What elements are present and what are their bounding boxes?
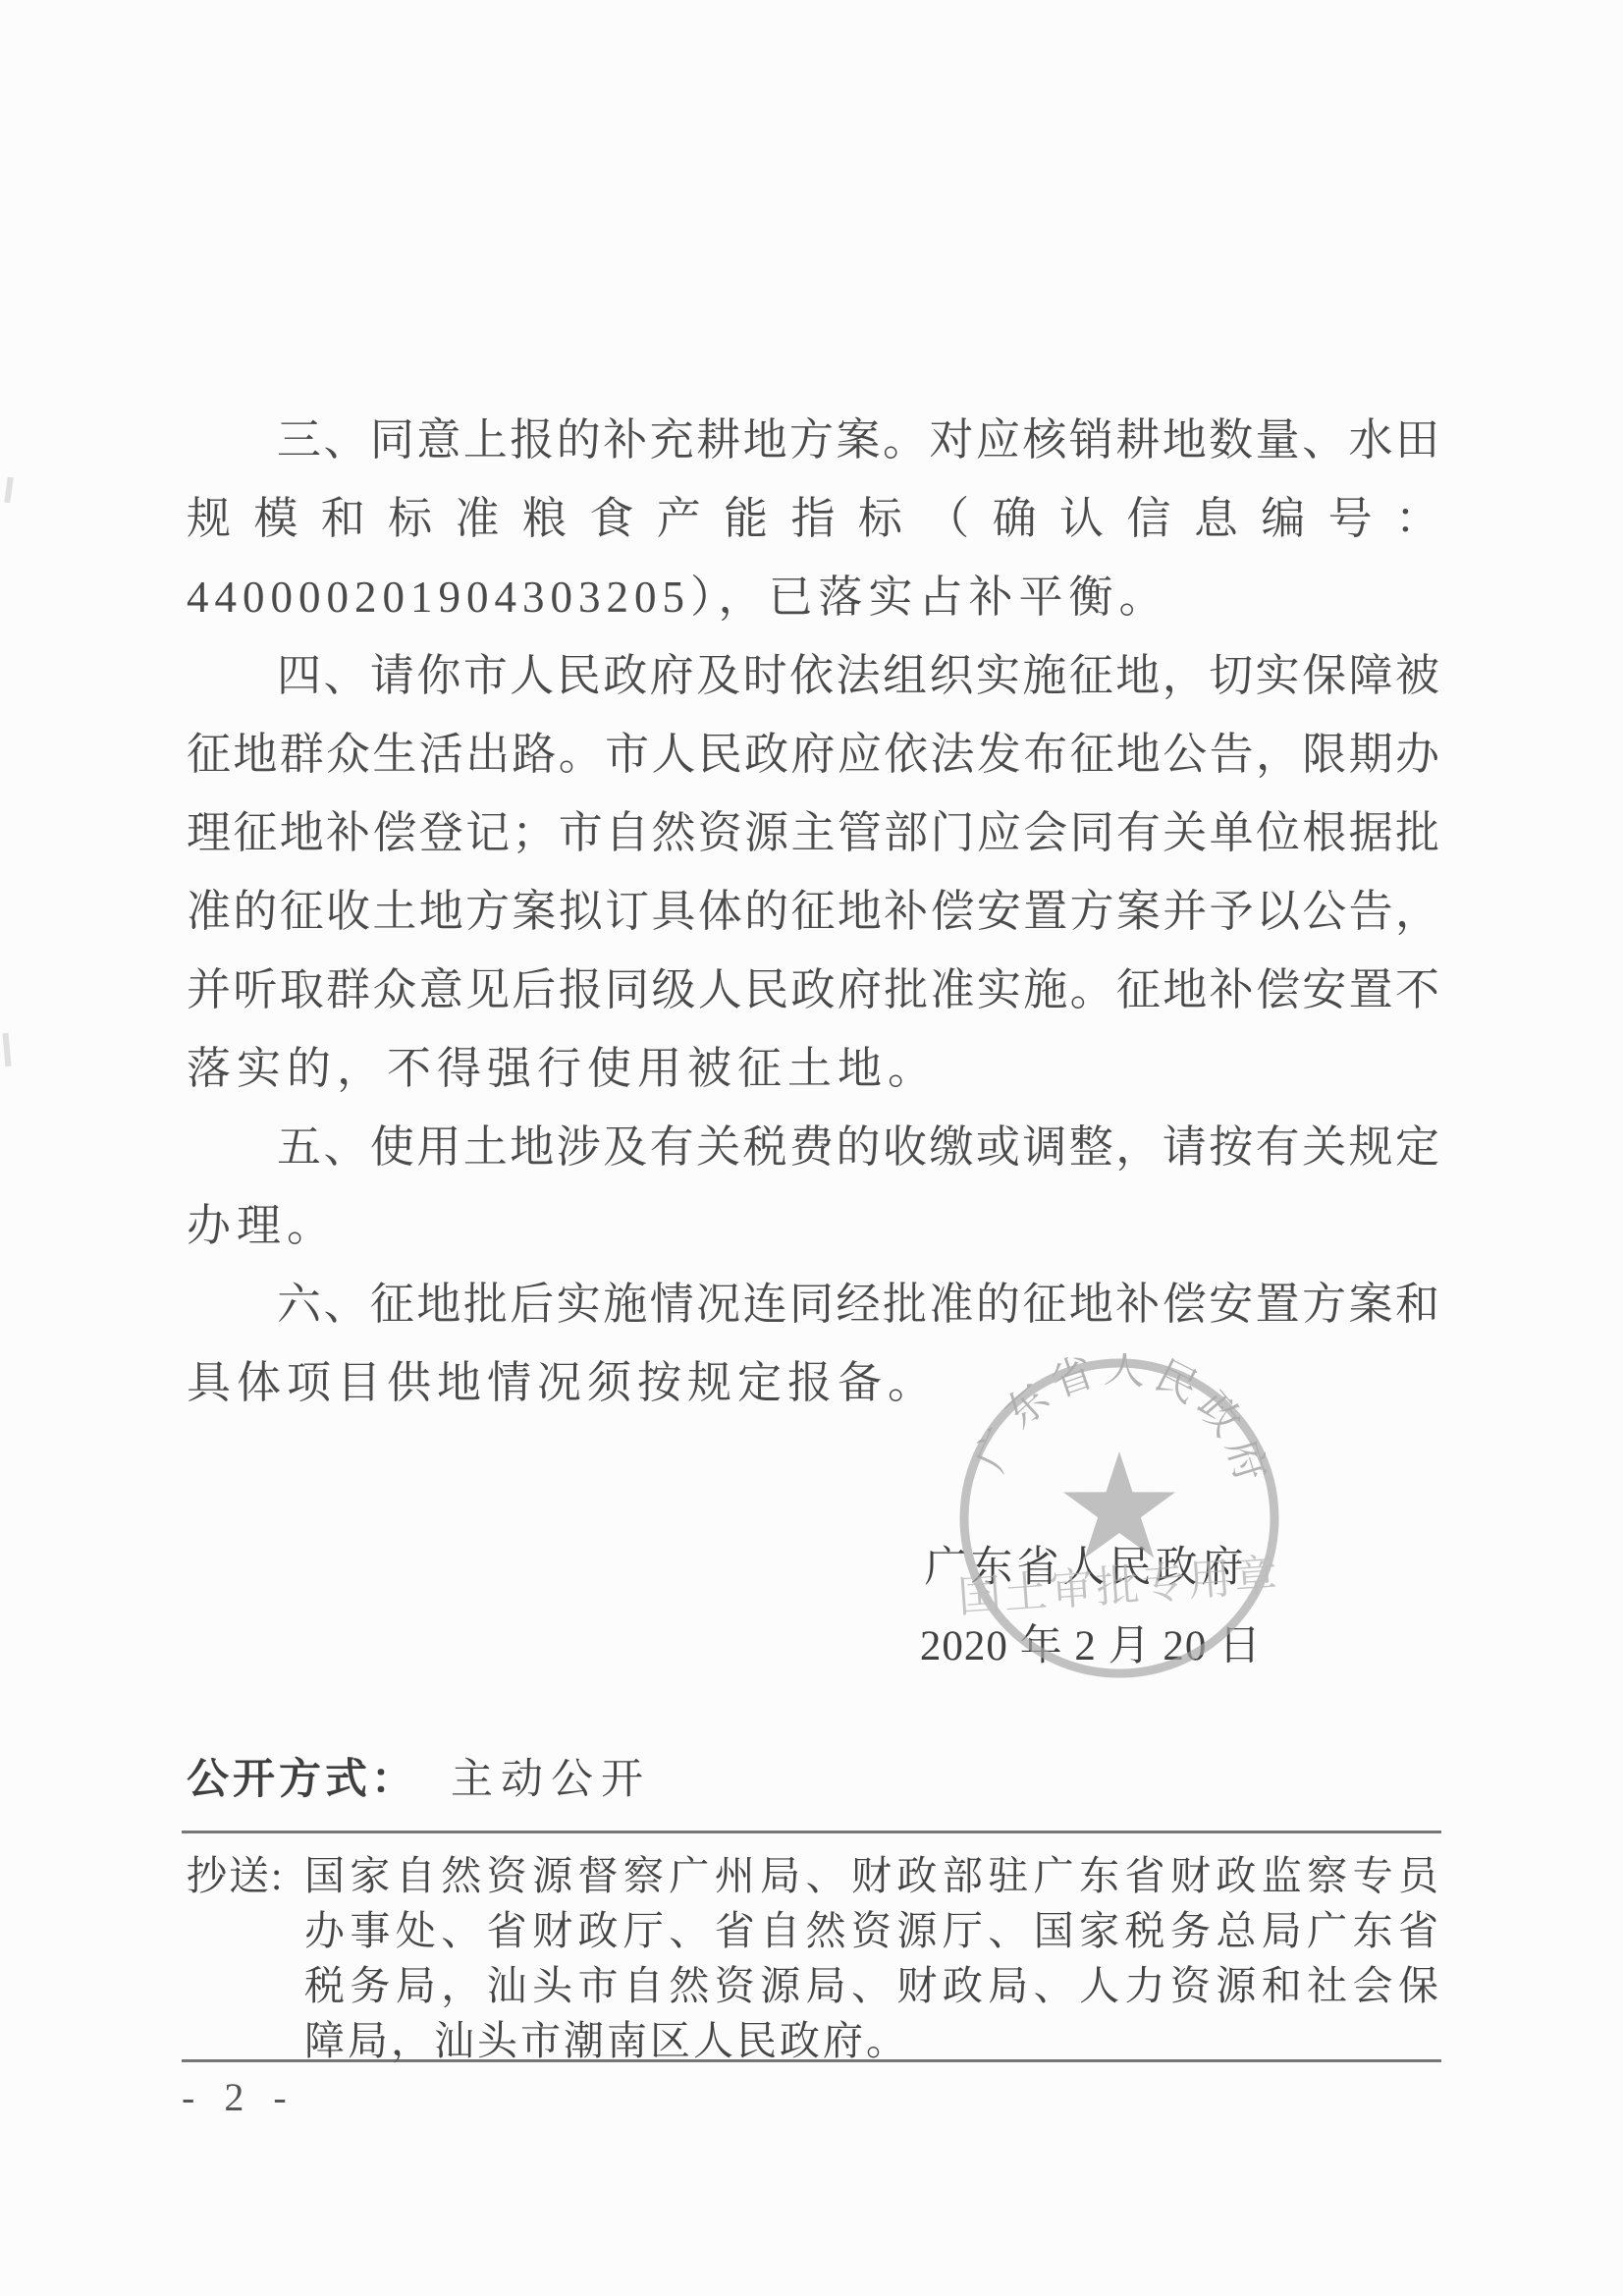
cc-label: 抄送: [187, 1848, 304, 2068]
document-page: 三、同意上报的补充耕地方案。对应核销耕地数量、水田 规模和标准粮食产能指标（确认… [0, 0, 1623, 2296]
cc-line: 办事处、省财政厅、省自然资源厅、国家税务总局广东省 [304, 1903, 1441, 1958]
body-line: 440000201904303205），已落实占补平衡。 [187, 558, 1441, 636]
scan-artifact [4, 477, 14, 504]
scan-artifact [3, 1033, 12, 1066]
publicity-row: 公开方式：主动公开 [187, 1746, 651, 1806]
cc-line: 税务局，汕头市自然资源局、财政局、人力资源和社会保 [304, 1958, 1441, 2013]
body-line: 理征地补偿登记；市自然资源主管部门应会同有关单位根据批 [187, 793, 1441, 872]
divider-bottom [182, 2059, 1441, 2062]
seal-inner-text: 国土审批专用章 [956, 1552, 1282, 1622]
official-seal-stamp: 广东省人民政府 国土审批专用章 [933, 1353, 1306, 1776]
divider-top [182, 1831, 1441, 1833]
body-line: 四、请你市人民政府及时依法组织实施征地，切实保障被 [187, 636, 1441, 715]
body-line: 办理。 [187, 1186, 1441, 1265]
body-line: 三、同意上报的补充耕地方案。对应核销耕地数量、水田 [187, 401, 1441, 479]
body-line: 准的征收土地方案拟订具体的征地补偿安置方案并予以公告， [187, 872, 1441, 951]
publicity-value: 主动公开 [451, 1757, 651, 1803]
body-line: 六、征地批后实施情况连同经批准的征地补偿安置方案和 [187, 1265, 1441, 1343]
cc-line: 国家自然资源督察广州局、财政部驻广东省财政监察专员 [304, 1848, 1441, 1903]
body-line: 规模和标准粮食产能指标（确认信息编号： [187, 479, 1441, 558]
body-line: 落实的，不得强行使用被征土地。 [187, 1029, 1441, 1108]
body-line: 并听取群众意见后报同级人民政府批准实施。征地补偿安置不 [187, 951, 1441, 1029]
page-number: - 2 - [182, 2074, 297, 2120]
cc-lines: 国家自然资源督察广州局、财政部驻广东省财政监察专员 办事处、省财政厅、省自然资源… [304, 1848, 1441, 2068]
body-line: 五、使用土地涉及有关税费的收缴或调整，请按有关规定 [187, 1108, 1441, 1186]
seal-star-icon [1063, 1451, 1175, 1558]
cc-block: 抄送: 国家自然资源督察广州局、财政部驻广东省财政监察专员 办事处、省财政厅、省… [187, 1848, 1441, 2068]
document-body: 三、同意上报的补充耕地方案。对应核销耕地数量、水田 规模和标准粮食产能指标（确认… [187, 401, 1441, 1422]
publicity-label: 公开方式： [187, 1756, 417, 1803]
body-line: 征地群众生活出路。市人民政府应依法发布征地公告，限期办 [187, 715, 1441, 793]
